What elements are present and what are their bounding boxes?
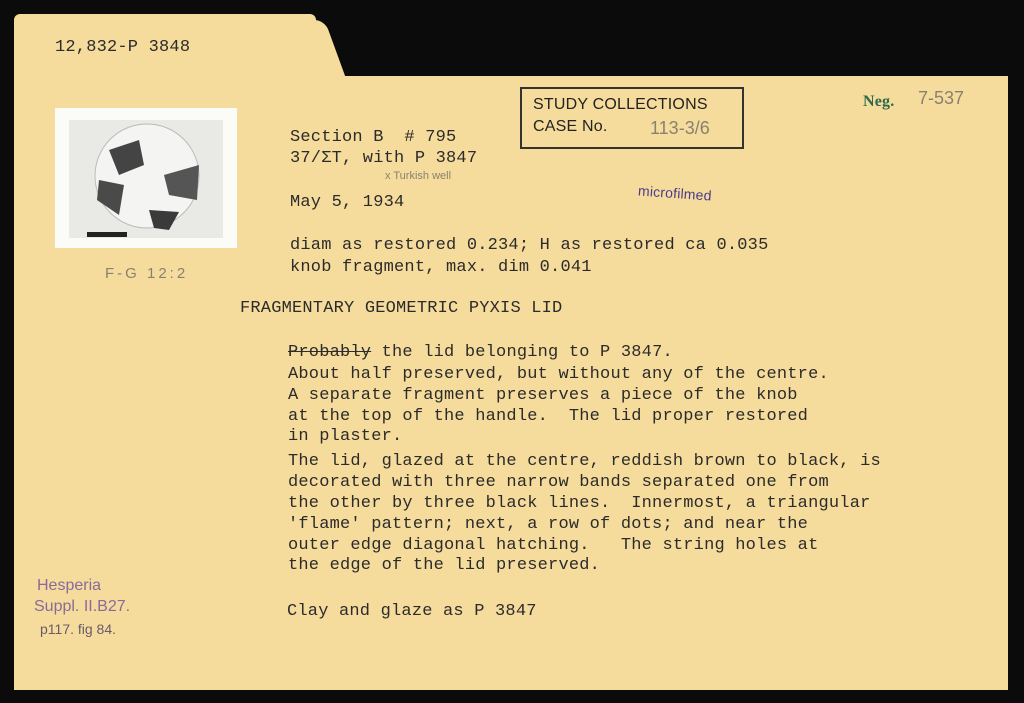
stamp-case-value: 113-3/6 (650, 118, 710, 139)
description-line: the edge of the lid preserved. (288, 556, 600, 575)
context-line: 37/ΣT, with P 3847 (290, 149, 477, 168)
description-line: decorated with three narrow bands separa… (288, 473, 829, 492)
description-line: outer edge diagonal hatching. The string… (288, 536, 819, 555)
description-line: the other by three black lines. Innermos… (288, 494, 871, 513)
accession-number: 12,832-P 3848 (55, 38, 190, 57)
object-photo (55, 108, 237, 248)
stamp-case-label: CASE No. (533, 118, 608, 136)
description-line: About half preserved, but without any of… (288, 365, 829, 384)
description-line: at the top of the handle. The lid proper… (288, 407, 808, 426)
photo-image (69, 120, 223, 238)
neg-label: Neg. (863, 93, 894, 111)
publication-suppl: Suppl. II.B27. (34, 598, 130, 616)
pyxis-lid-icon (69, 120, 223, 238)
description-line: A separate fragment preserves a piece of… (288, 386, 798, 405)
description-line: Probably the lid belonging to P 3847. (288, 343, 673, 362)
description-line: 'flame' pattern; next, a row of dots; an… (288, 515, 808, 534)
publication-journal: Hesperia (37, 577, 101, 595)
clay-line: Clay and glaze as P 3847 (287, 602, 537, 621)
object-title: FRAGMENTARY GEOMETRIC PYXIS LID (240, 299, 562, 318)
description-line: in plaster. (288, 427, 402, 446)
publication-page: p117. fig 84. (40, 621, 116, 637)
struck-word: Probably (288, 343, 371, 362)
stamp-line1: STUDY COLLECTIONS (533, 96, 708, 114)
pencil-note: x Turkish well (385, 170, 451, 182)
photo-pencil-note: F-G 12:2 (105, 265, 188, 282)
date-line: May 5, 1934 (290, 193, 404, 212)
dimensions-line: diam as restored 0.234; H as restored ca… (290, 236, 768, 255)
section-line: Section B # 795 (290, 128, 456, 147)
description-line: The lid, glazed at the centre, reddish b… (288, 452, 881, 471)
neg-number: 7-537 (918, 88, 964, 109)
dimensions-line: knob fragment, max. dim 0.041 (290, 258, 592, 277)
